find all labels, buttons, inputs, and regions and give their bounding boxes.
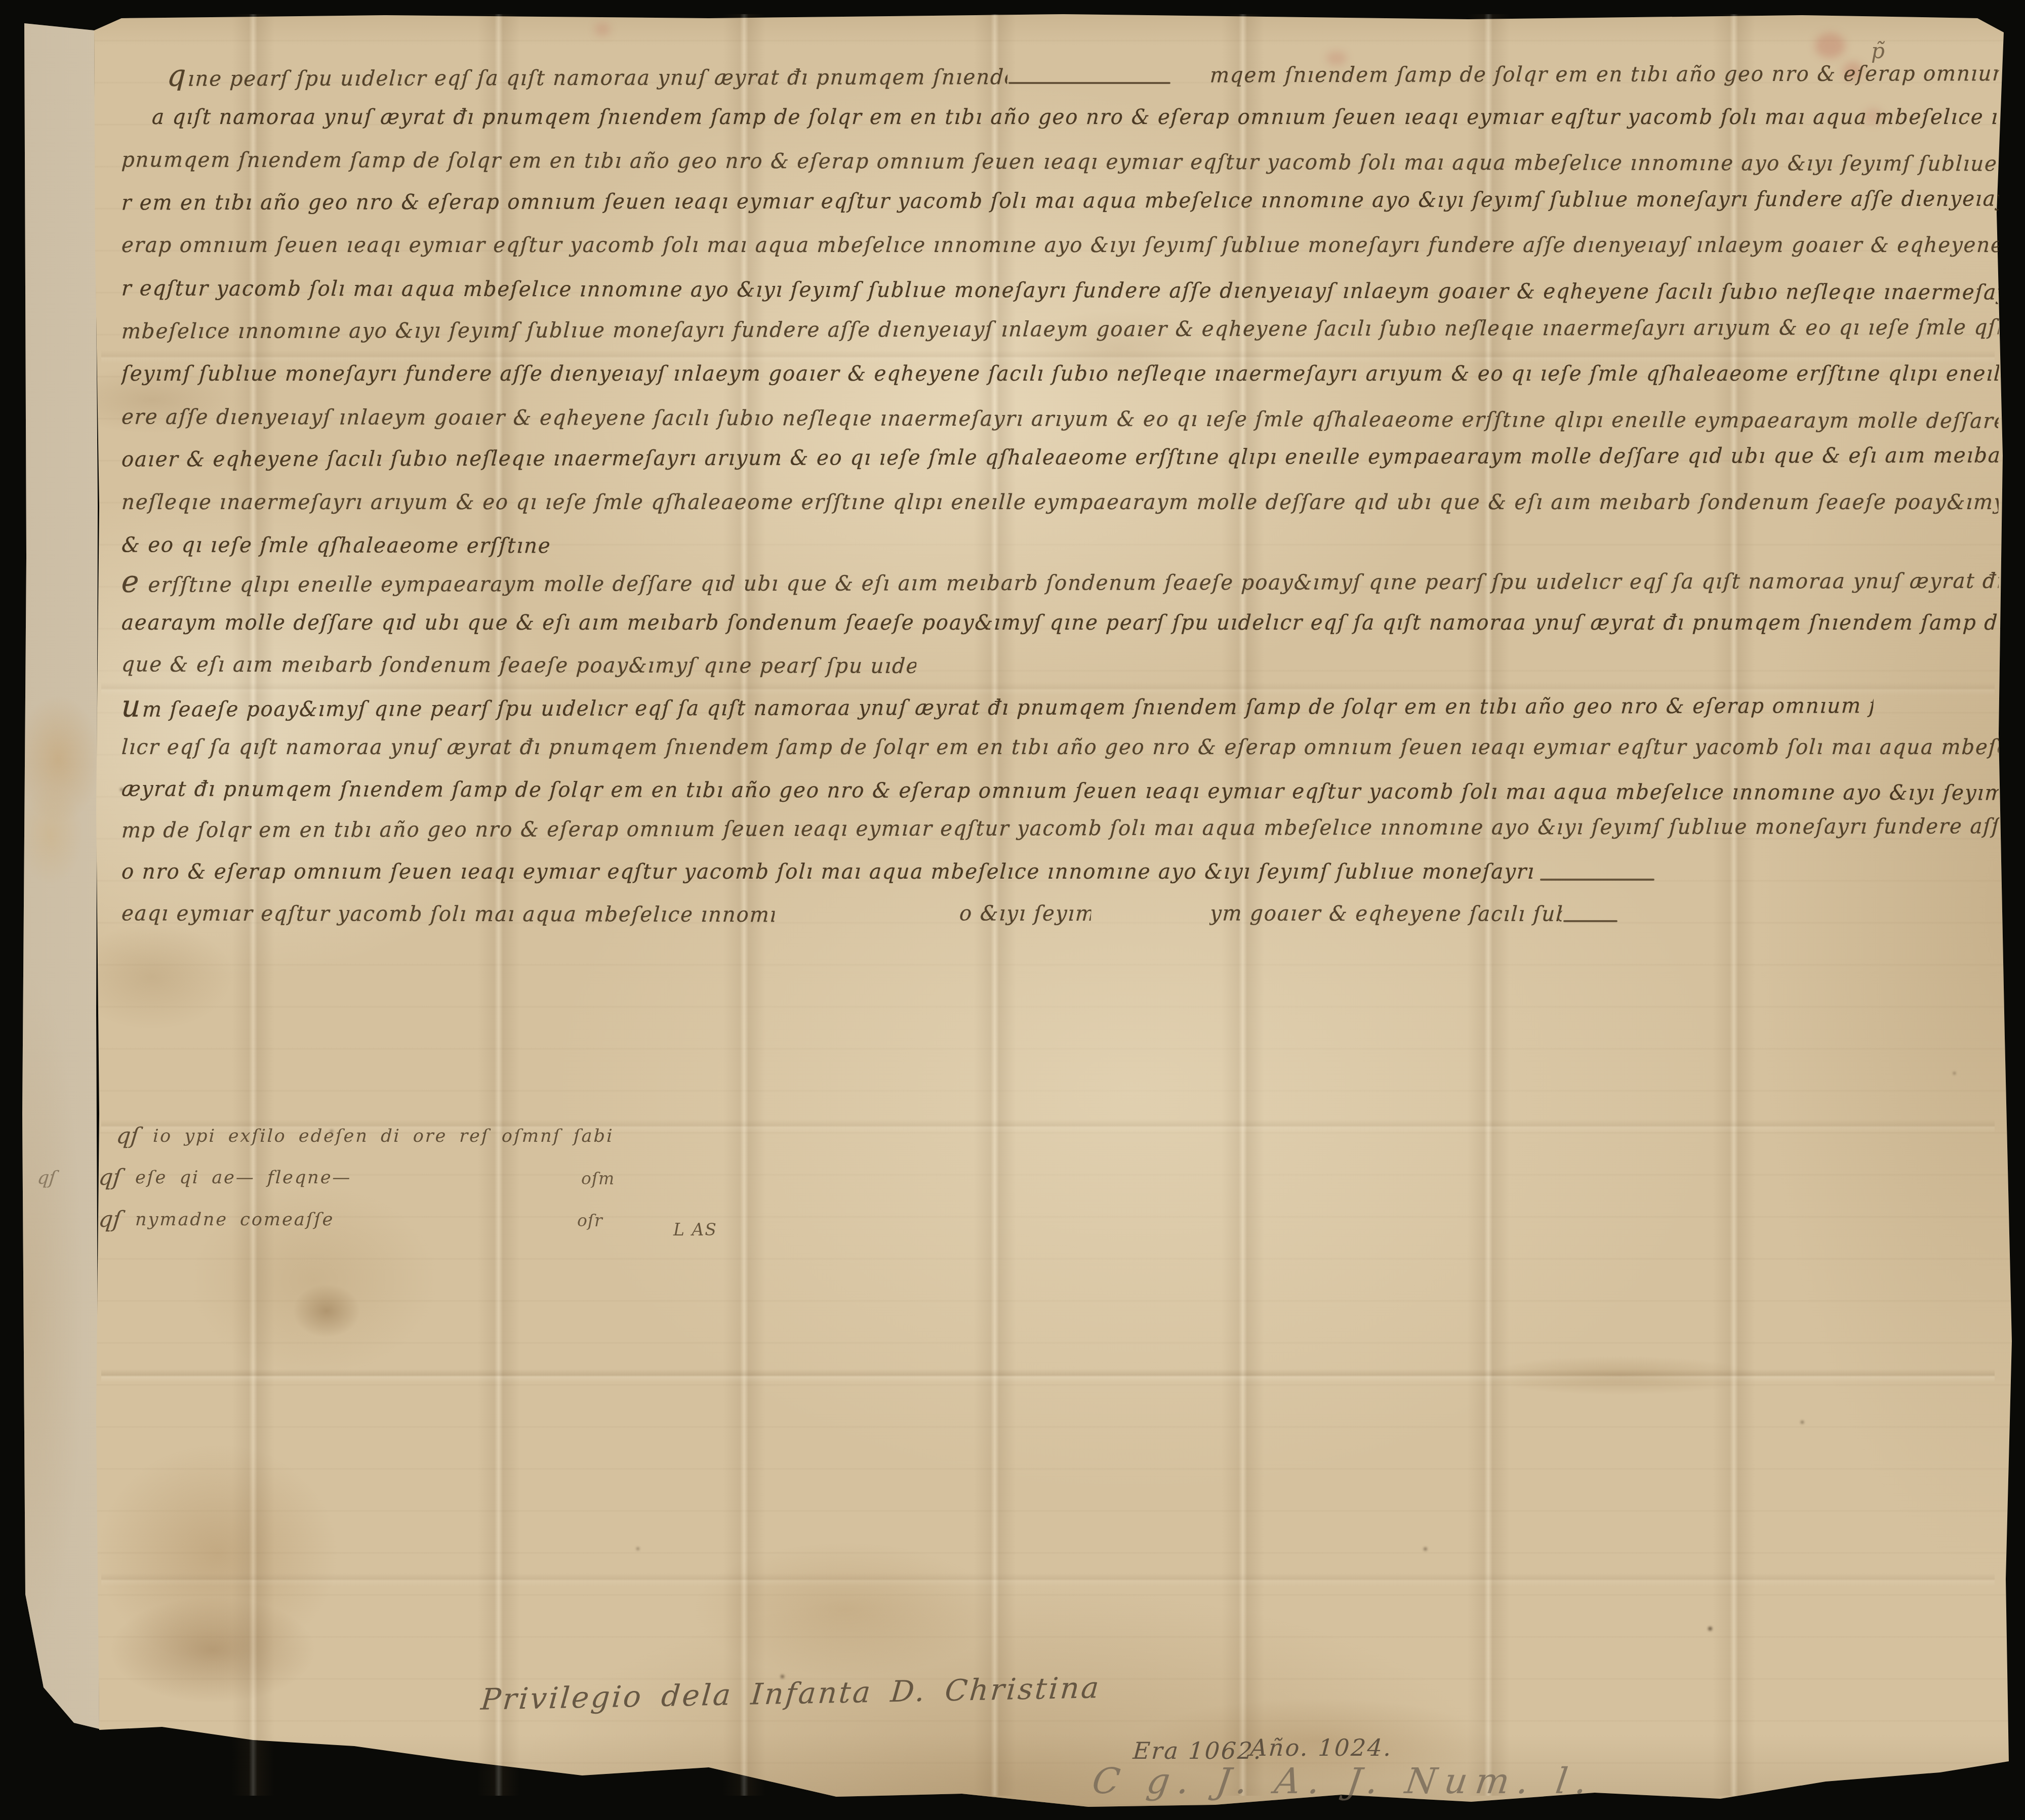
penwork-flourishes-and-damage bbox=[0, 0, 2025, 1820]
photo-of-parchment-charter: qıne pearſ ſpu uıdelıcr eqſ ſa qıſt namo… bbox=[0, 0, 2025, 1820]
